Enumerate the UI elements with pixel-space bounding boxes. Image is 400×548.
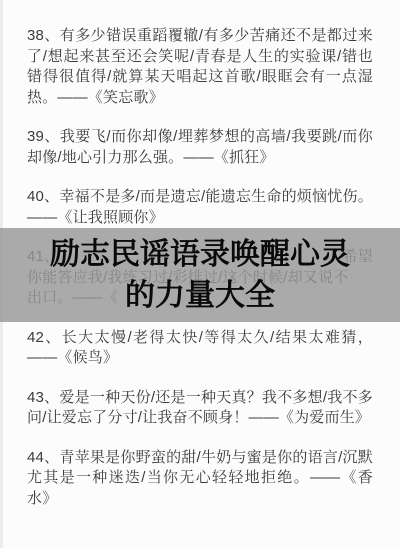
quote-text: 有多少错误重蹈覆辙/有多少苦痛还不是都过来了/想起来甚至还会笑呢/青春是人生的实… [27, 27, 373, 106]
quote-text: 爱是一种天份/还是一种天真？我不多想/我不多问/让爱忘了分寸/让我奋不顾身！——… [27, 389, 373, 427]
quote-text: 幸福不是多/而是遗忘/能遗忘生命的烦恼忧伤。——《让我照顾你》 [27, 188, 373, 226]
quote-number: 39、 [27, 128, 60, 145]
quote-item-40: 40、幸福不是多/而是遗忘/能遗忘生命的烦恼忧伤。——《让我照顾你》 [27, 187, 373, 228]
quote-number: 40、 [27, 188, 59, 205]
quote-item-44: 44、青苹果是你野蛮的甜/牛奶与蜜是你的语言/沉默尤其是一种迷迭/当你无心轻轻地… [27, 448, 373, 510]
quote-item-43: 43、爱是一种天份/还是一种天真？我不多想/我不多问/让爱忘了分寸/让我奋不顾身… [27, 388, 373, 429]
quote-item-38: 38、有多少错误重蹈覆辙/有多少苦痛还不是都过来了/想起来甚至还会笑呢/青春是人… [27, 26, 373, 108]
quote-text: 我要飞/而你却像/埋葬梦想的高墙/我要跳/而你却像/地心引力那么强。——《抓狂》 [27, 128, 373, 166]
overlay-title-line2: 的力量大全 [125, 275, 275, 316]
quote-number: 38、 [27, 27, 60, 44]
title-overlay: 励志民谣语录唤醒心灵 的力量大全 [0, 228, 400, 322]
quote-text: 长大太慢/老得太快/等得太久/结果太难猜，——《候鸟》 [27, 329, 373, 367]
quote-item-39: 39、我要飞/而你却像/埋葬梦想的高墙/我要跳/而你却像/地心引力那么强。——《… [27, 127, 373, 168]
quote-number: 42、 [27, 329, 62, 346]
quote-item-42: 42、长大太慢/老得太快/等得太久/结果太难猜，——《候鸟》 [27, 328, 373, 369]
quote-number: 43、 [27, 389, 59, 406]
quote-text: 青苹果是你野蛮的甜/牛奶与蜜是你的语言/沉默尤其是一种迷迭/当你无心轻轻地拒绝。… [27, 449, 373, 507]
quote-number: 44、 [27, 449, 59, 466]
overlay-title-line1: 励志民谣语录唤醒心灵 [50, 234, 350, 275]
